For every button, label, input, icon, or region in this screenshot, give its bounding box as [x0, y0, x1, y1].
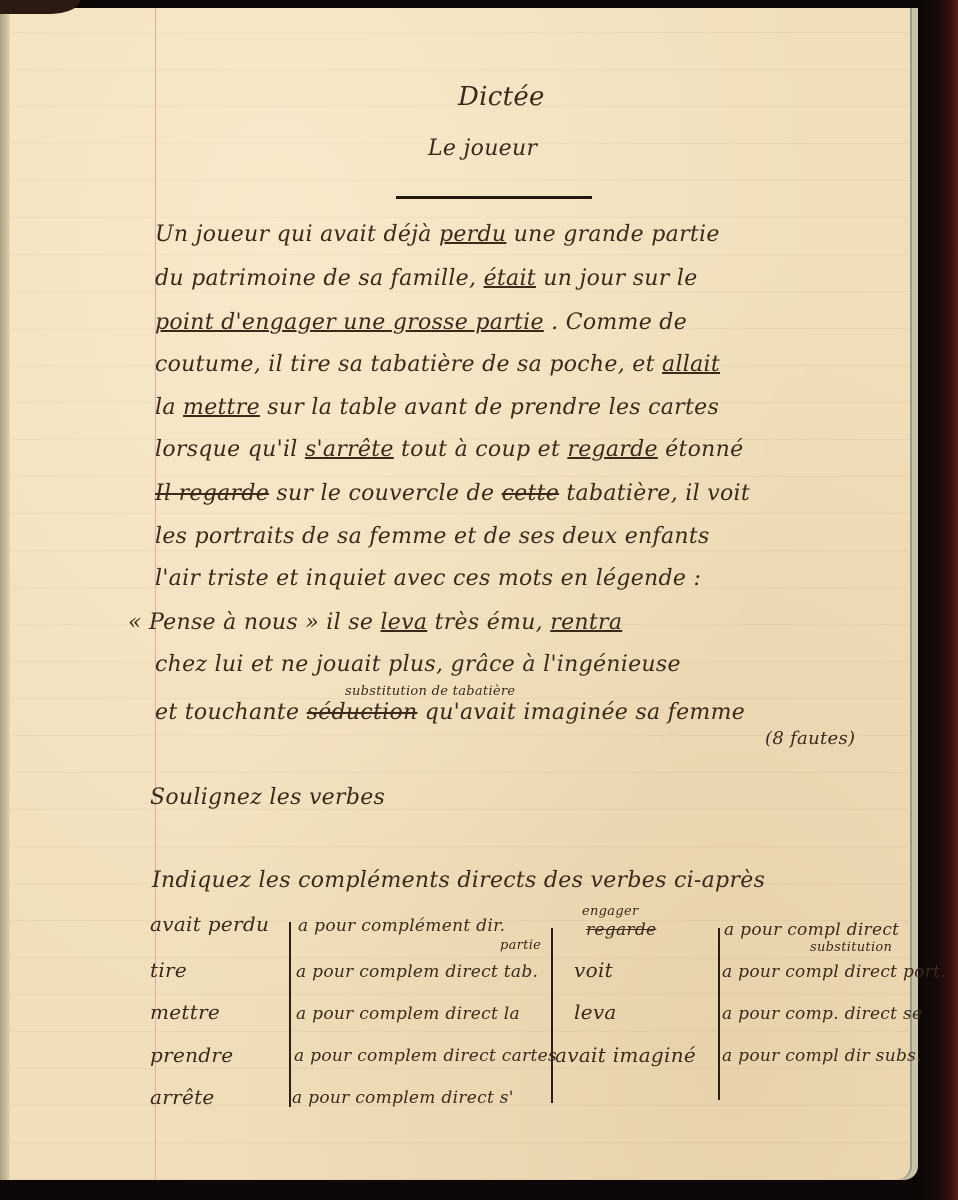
- title-divider: [396, 196, 592, 199]
- verb-cell: arrête: [150, 1085, 215, 1109]
- complement-cell: a pour comp. direct se: [722, 1004, 922, 1024]
- correction-insert: substitution de tabatière: [345, 684, 515, 699]
- verb-cell: tire: [150, 958, 187, 982]
- complement-cell: a pour compl dir subs.: [722, 1046, 922, 1066]
- dictation-line: l'air triste et inquiet avec ces mots en…: [155, 566, 701, 591]
- dictation-line: la mettre sur la table avant de prendre …: [155, 395, 719, 420]
- dictation-line: coutume, il tire sa tabatière de sa poch…: [155, 352, 720, 377]
- page-subtitle: Le joueur: [428, 136, 537, 161]
- column-divider: [289, 922, 291, 1107]
- complement-extra: substitution: [810, 940, 892, 955]
- dictation-line: du patrimoine de sa famille, était un jo…: [155, 266, 698, 291]
- dictation-line: lorsque qu'il s'arrête tout à coup et re…: [155, 437, 743, 462]
- exercise-underline-verbs: Soulignez les verbes: [150, 785, 385, 810]
- complement-cell: a pour complem direct tab.: [296, 962, 538, 982]
- page-title: Dictée: [458, 82, 545, 112]
- column-divider: [551, 928, 553, 1103]
- dictation-line: point d'engager une grosse partie . Comm…: [155, 310, 687, 335]
- dictation-line: les portraits de sa femme et de ses deux…: [155, 524, 710, 549]
- complement-cell: a pour complem direct la: [296, 1004, 520, 1024]
- verb-cell: avait perdu: [150, 912, 269, 936]
- dictation-line: chez lui et ne jouait plus, grâce à l'in…: [155, 652, 681, 677]
- complement-cell: a pour complément dir.: [298, 916, 505, 936]
- verb-cell: prendre: [150, 1043, 233, 1067]
- complement-cell: a pour complem direct s': [292, 1088, 514, 1108]
- column-divider: [718, 928, 720, 1100]
- complement-cell: a pour compl direct: [724, 920, 899, 940]
- dictation-line: et touchante séduction qu'avait imaginée…: [155, 700, 745, 725]
- verb-cell-struck: regarde: [586, 920, 656, 940]
- complement-cell: a pour compl direct port.: [722, 962, 946, 982]
- dictation-line: « Pense à nous » il se leva très ému, re…: [128, 610, 622, 635]
- mistakes-count: (8 fautes): [765, 728, 855, 749]
- verb-correction: engager: [582, 904, 638, 919]
- dictation-line: Il regarde sur le couvercle de cette tab…: [155, 481, 750, 506]
- verb-cell: avait imaginé: [555, 1043, 696, 1067]
- dictation-line: Un joueur qui avait déjà perdu une grand…: [155, 222, 720, 247]
- page-edge: [0, 8, 10, 1180]
- verb-cell: voit: [574, 958, 613, 982]
- complement-extra: partie: [500, 938, 541, 953]
- verb-cell: mettre: [150, 1000, 220, 1024]
- verb-cell: leva: [574, 1000, 617, 1024]
- complement-cell: a pour complem direct cartes: [294, 1046, 557, 1066]
- exercise-direct-complements: Indiquez les compléments directs des ver…: [152, 868, 765, 893]
